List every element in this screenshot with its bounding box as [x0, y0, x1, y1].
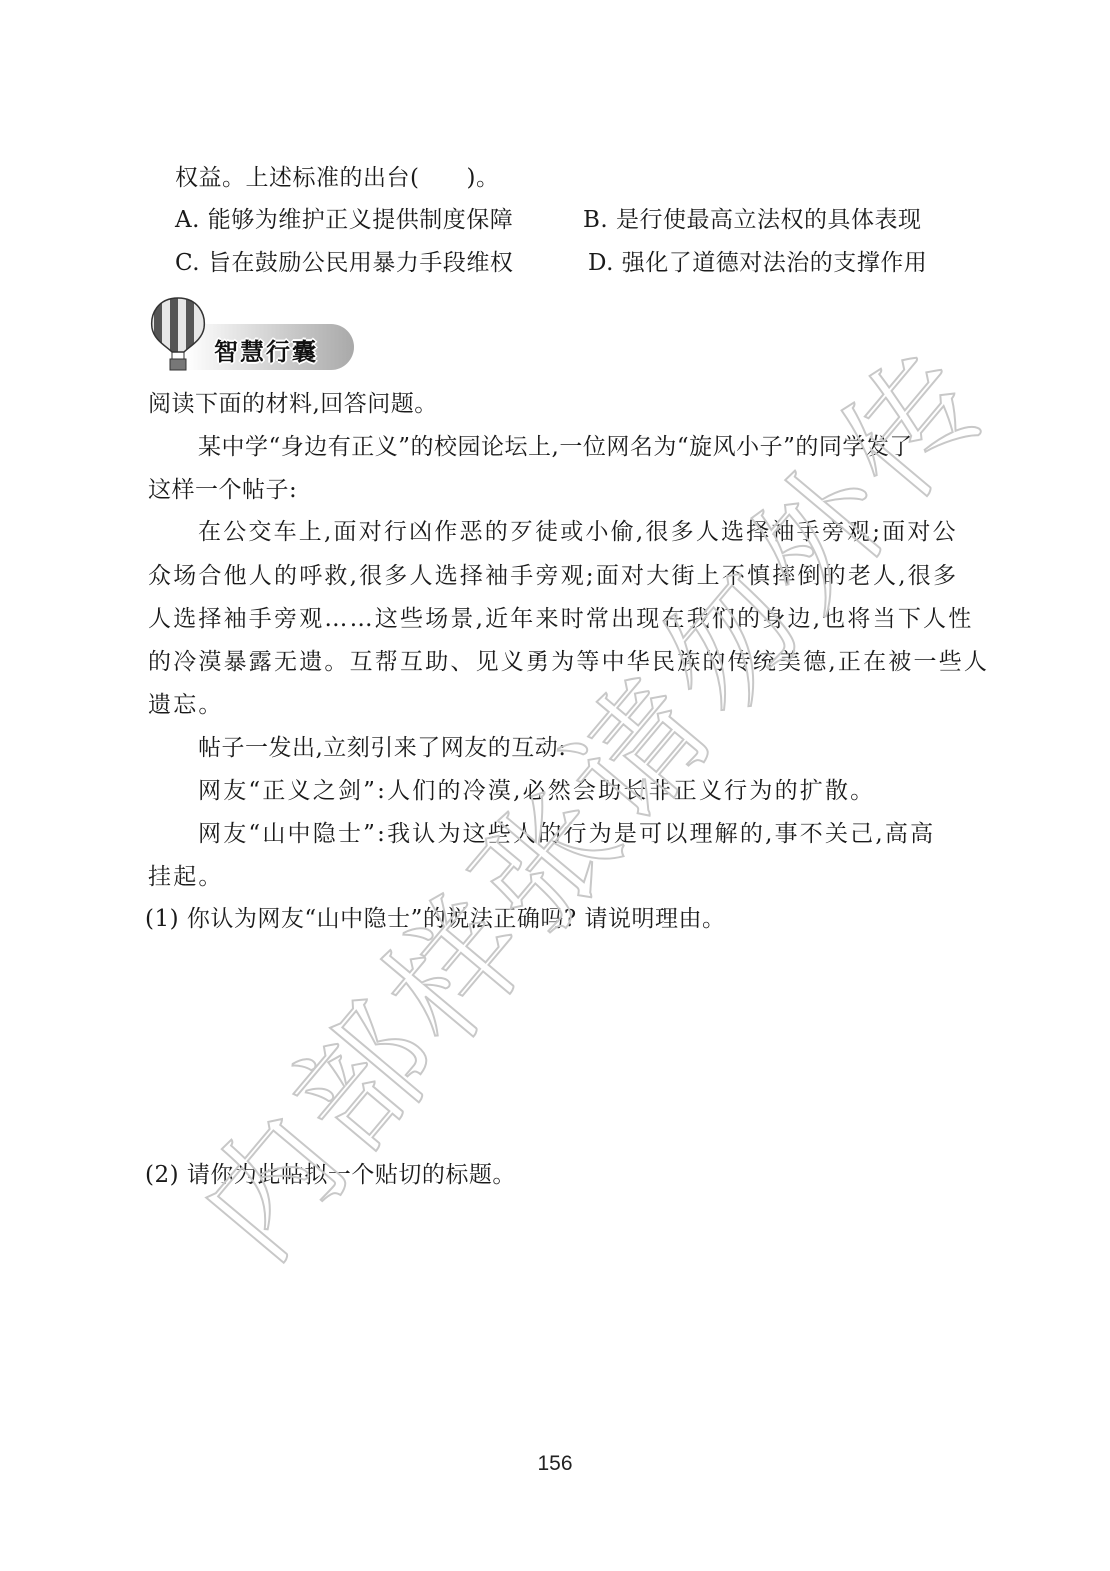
post-line: 在公交车上,面对行凶作恶的歹徒或小偷,很多人选择袖手旁观;面对公: [198, 517, 958, 547]
question-2: (2) 请你为此帖拟一个贴切的标题。: [145, 1160, 516, 1190]
comment-line: 网友“正义之剑”:人们的冷漠,必然会助长非正义行为的扩散。: [198, 776, 875, 806]
option-d: D. 强化了道德对法治的支撑作用: [588, 248, 927, 278]
post-line: 人选择袖手旁观……这些场景,近年来时常出现在我们的身边,也将当下人性: [148, 604, 973, 634]
option-b: B. 是行使最高立法权的具体表现: [583, 205, 922, 235]
intro-line: 这样一个帖子:: [148, 475, 297, 505]
page-number: 156: [0, 1452, 1110, 1476]
comment-line: 网友“山中隐士”:我认为这些人的行为是可以理解的,事不关己,高高: [198, 819, 935, 849]
option-c: C. 旨在鼓励公民用暴力手段维权: [175, 248, 513, 278]
option-a: A. 能够为维护正义提供制度保障: [175, 205, 513, 235]
question-1: (1) 你认为网友“山中隐士”的说法正确吗? 请说明理由。: [145, 904, 726, 934]
hot-air-balloon-icon: [150, 296, 206, 372]
post-line: 遗忘。: [148, 690, 224, 720]
comment-line: 挂起。: [148, 862, 224, 892]
intro-line: 某中学“身边有正义”的校园论坛上,一位网名为“旋风小子”的同学发了: [198, 432, 913, 462]
section-header: 智慧行囊: [150, 296, 360, 376]
material-instruction: 阅读下面的材料,回答问题。: [148, 389, 438, 419]
post-line: 的冷漠暴露无遗。互帮互助、见义勇为等中华民族的传统美德,正在被一些人: [148, 647, 989, 677]
question-stem: 权益。上述标准的出台( )。: [175, 163, 499, 193]
reaction-intro: 帖子一发出,立刻引来了网友的互动:: [198, 733, 567, 763]
section-title: 智慧行囊: [214, 332, 318, 367]
post-line: 众场合他人的呼救,很多人选择袖手旁观;面对大街上不慎摔倒的老人,很多: [148, 561, 958, 591]
